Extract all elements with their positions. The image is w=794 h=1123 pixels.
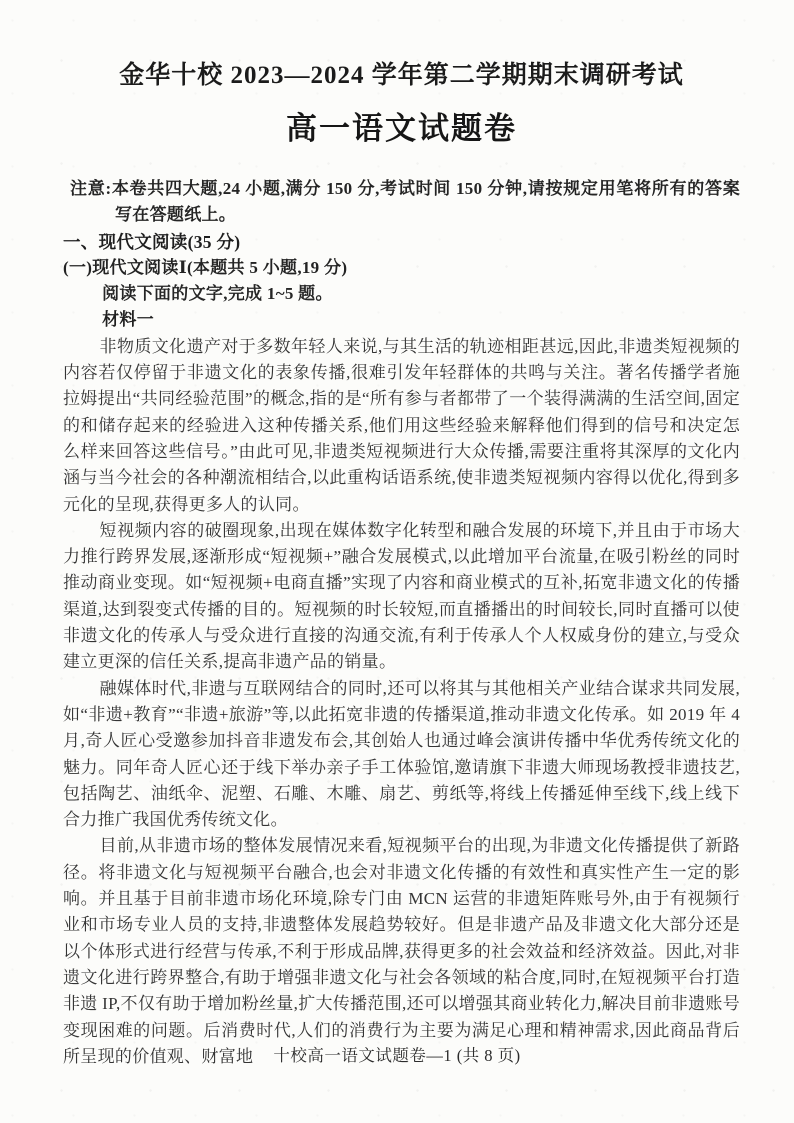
material-paragraph-1: 非物质文化遗产对于多数年轻人来说,与其生活的轨迹相距甚远,因此,非遗类短视频的内… <box>63 334 740 518</box>
material-paragraph-4: 目前,从非遗市场的整体发展情况来看,短视频平台的出现,为非遗文化传播提供了新路径… <box>63 833 740 1070</box>
subsection-heading-modern-reading-1: (一)现代文阅读Ⅰ(本题共 5 小题,19 分) <box>63 255 740 281</box>
exam-paper-page: 金华十校 2023—2024 学年第二学期期末调研考试 高一语文试题卷 注意:本… <box>0 0 794 1123</box>
reading-instruction: 阅读下面的文字,完成 1~5 题。 <box>63 281 740 307</box>
notice-label: 注意: <box>70 179 111 198</box>
exam-title: 金华十校 2023—2024 学年第二学期期末调研考试 <box>63 58 740 94</box>
material-one-label: 材料一 <box>63 307 740 333</box>
page-footer: 十校高一语文试题卷—1 (共 8 页) <box>0 1044 794 1068</box>
notice-paragraph: 注意:本卷共四大题,24 小题,满分 150 分,考试时间 150 分钟,请按规… <box>63 176 740 229</box>
section-heading-modern-reading: 一、现代文阅读(35 分) <box>63 229 740 255</box>
material-paragraph-2: 短视频内容的破圈现象,出现在媒体数字化转型和融合发展的环境下,并且由于市场大力推… <box>63 518 740 676</box>
page-content: 金华十校 2023—2024 学年第二学期期末调研考试 高一语文试题卷 注意:本… <box>0 0 794 1070</box>
notice-text: 本卷共四大题,24 小题,满分 150 分,考试时间 150 分钟,请按规定用笔… <box>111 179 740 224</box>
material-paragraph-3: 融媒体时代,非遗与互联网结合的同时,还可以将其与其他相关产业结合谋求共同发展,如… <box>63 676 740 834</box>
exam-subtitle: 高一语文试题卷 <box>63 106 740 152</box>
